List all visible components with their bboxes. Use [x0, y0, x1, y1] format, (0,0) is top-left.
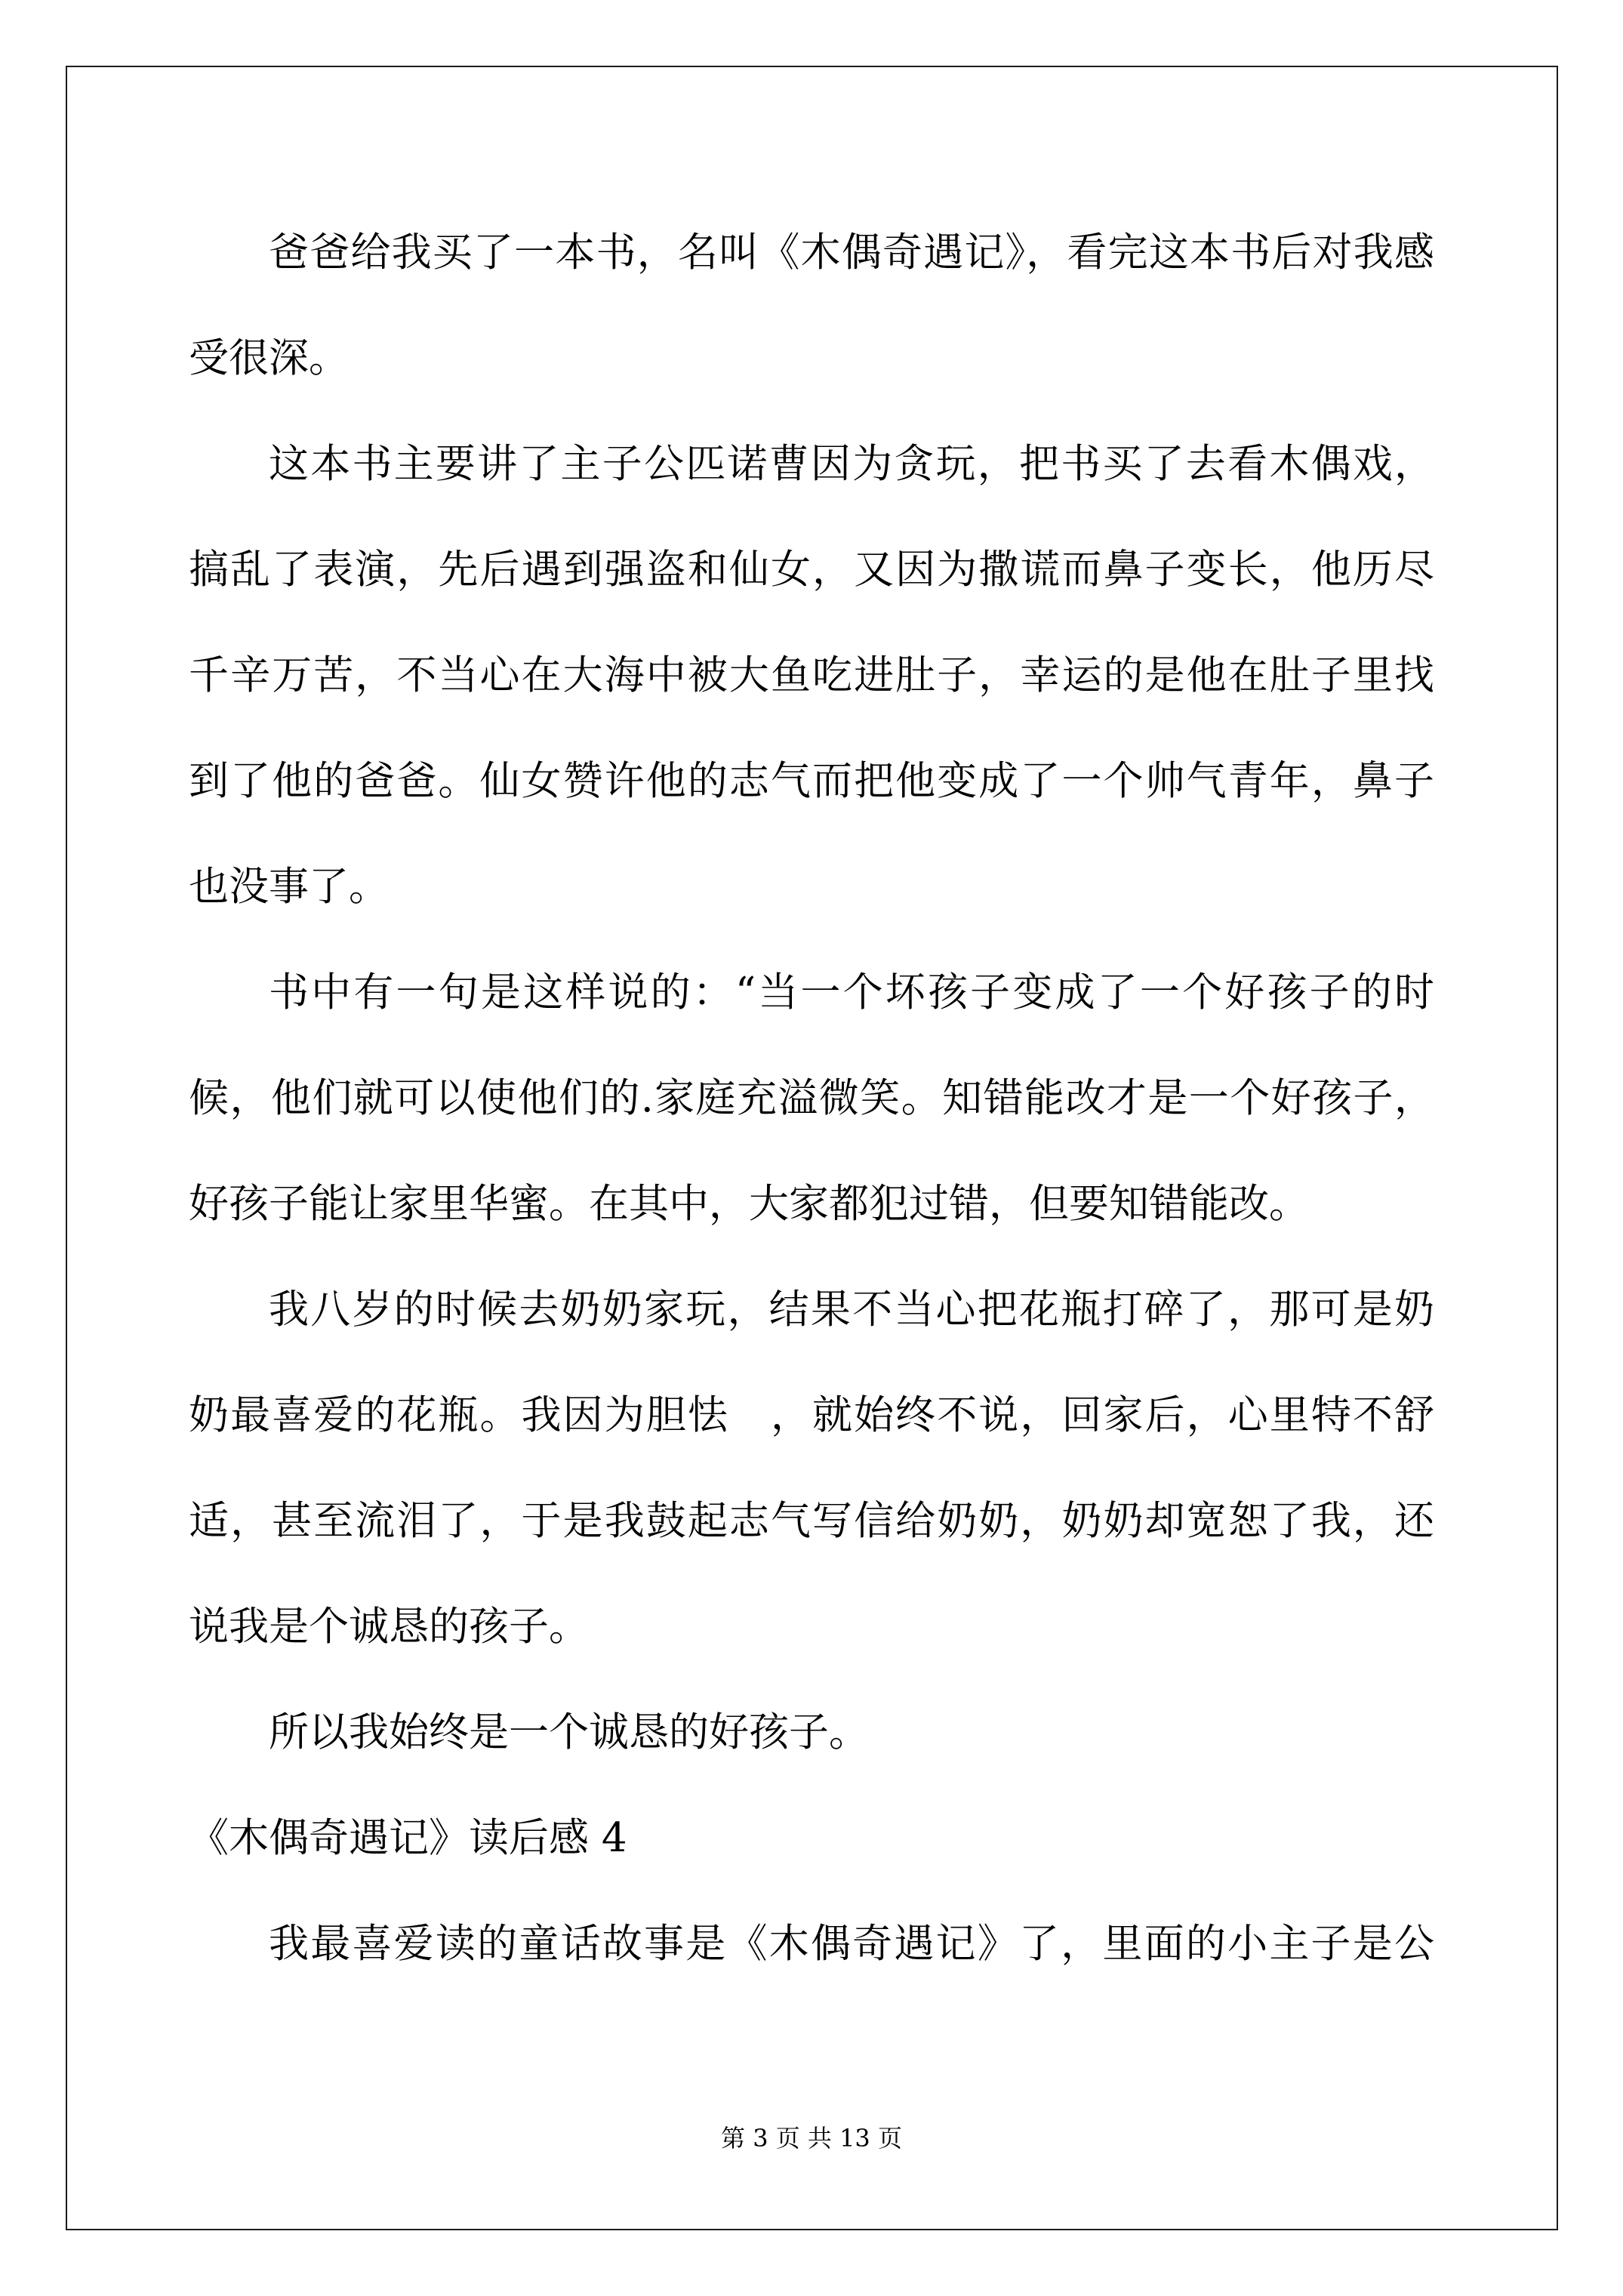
text-line: 所以我始终是一个诚恳的好孩子。	[189, 1680, 1434, 1786]
text-line: 千辛万苦，不当心在大海中被大鱼吃进肚子，幸运的是他在肚子里找	[189, 623, 1434, 729]
text-line: 搞乱了表演，先后遇到强盗和仙女，又因为撒谎而鼻子变长，他历尽	[189, 517, 1434, 623]
text-line: 受很深。	[189, 306, 1434, 411]
document-body: 爸爸给我买了一本书，名叫《木偶奇遇记》，看完这本书后对我感受很深。这本书主要讲了…	[189, 200, 1434, 1997]
text-line: 适，甚至流泪了，于是我鼓起志气写信给奶奶，奶奶却宽恕了我，还	[189, 1469, 1434, 1574]
text-line: 候，他们就可以使他们的.家庭充溢微笑。知错能改才是一个好孩子，	[189, 1046, 1434, 1151]
text-line: 奶最喜爱的花瓶。我因为胆怯 ，就始终不说，回家后，心里特不舒	[189, 1363, 1434, 1469]
text-line: 到了他的爸爸。仙女赞许他的志气而把他变成了一个帅气青年，鼻子	[189, 729, 1434, 834]
text-line: 我最喜爱读的童话故事是《木偶奇遇记》了，里面的小主子是公	[189, 1891, 1434, 1997]
text-line: 爸爸给我买了一本书，名叫《木偶奇遇记》，看完这本书后对我感	[189, 200, 1434, 306]
text-line: 也没事了。	[189, 834, 1434, 940]
text-line: 说我是个诚恳的孩子。	[189, 1574, 1434, 1680]
text-line: 这本书主要讲了主子公匹诺曹因为贪玩，把书买了去看木偶戏，	[189, 411, 1434, 517]
text-line: 我八岁的时候去奶奶家玩，结果不当心把花瓶打碎了，那可是奶	[189, 1257, 1434, 1363]
section-heading: 《木偶奇遇记》读后感 4	[189, 1786, 1434, 1891]
text-line: 书中有一句是这样说的：“当一个坏孩子变成了一个好孩子的时	[189, 940, 1434, 1046]
text-line: 好孩子能让家里华蜜。在其中，大家都犯过错，但要知错能改。	[189, 1151, 1434, 1257]
page-footer: 第 3 页 共 13 页	[0, 2123, 1623, 2153]
document-page: { "page": { "lines": [ { "text": "爸爸给我买了…	[0, 0, 1623, 2296]
